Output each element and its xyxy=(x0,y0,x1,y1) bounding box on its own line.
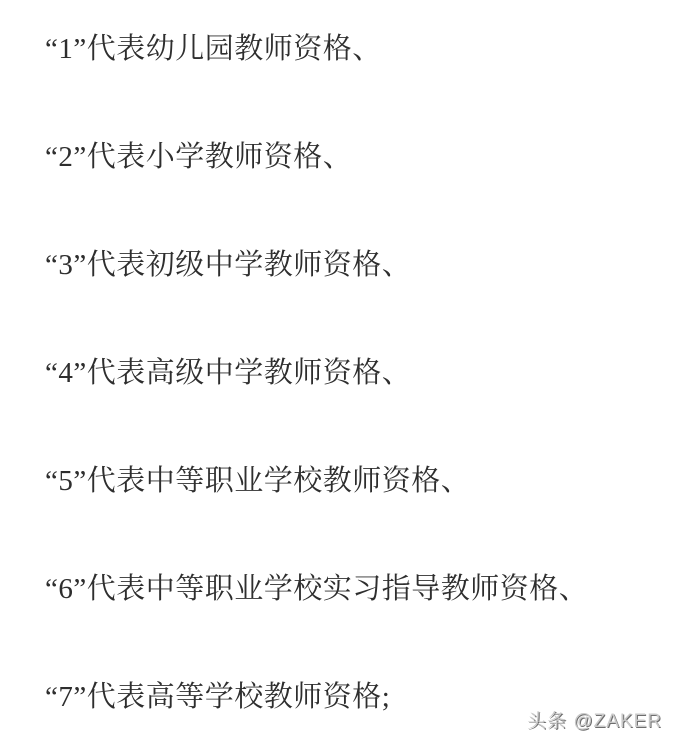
qualification-line-3: “3”代表初级中学教师资格、 xyxy=(45,249,672,281)
qualification-line-2: “2”代表小学教师资格、 xyxy=(45,141,672,173)
qualification-line-1: “1”代表幼儿园教师资格、 xyxy=(45,33,672,65)
qualification-line-6: “6”代表中等职业学校实习指导教师资格、 xyxy=(45,573,672,605)
qualification-line-4: “4”代表高级中学教师资格、 xyxy=(45,357,672,389)
qualification-list: “1”代表幼儿园教师资格、 “2”代表小学教师资格、 “3”代表初级中学教师资格… xyxy=(45,33,672,713)
qualification-line-5: “5”代表中等职业学校教师资格、 xyxy=(45,465,672,497)
zaker-watermark: 头条 @ZAKER xyxy=(527,706,662,733)
